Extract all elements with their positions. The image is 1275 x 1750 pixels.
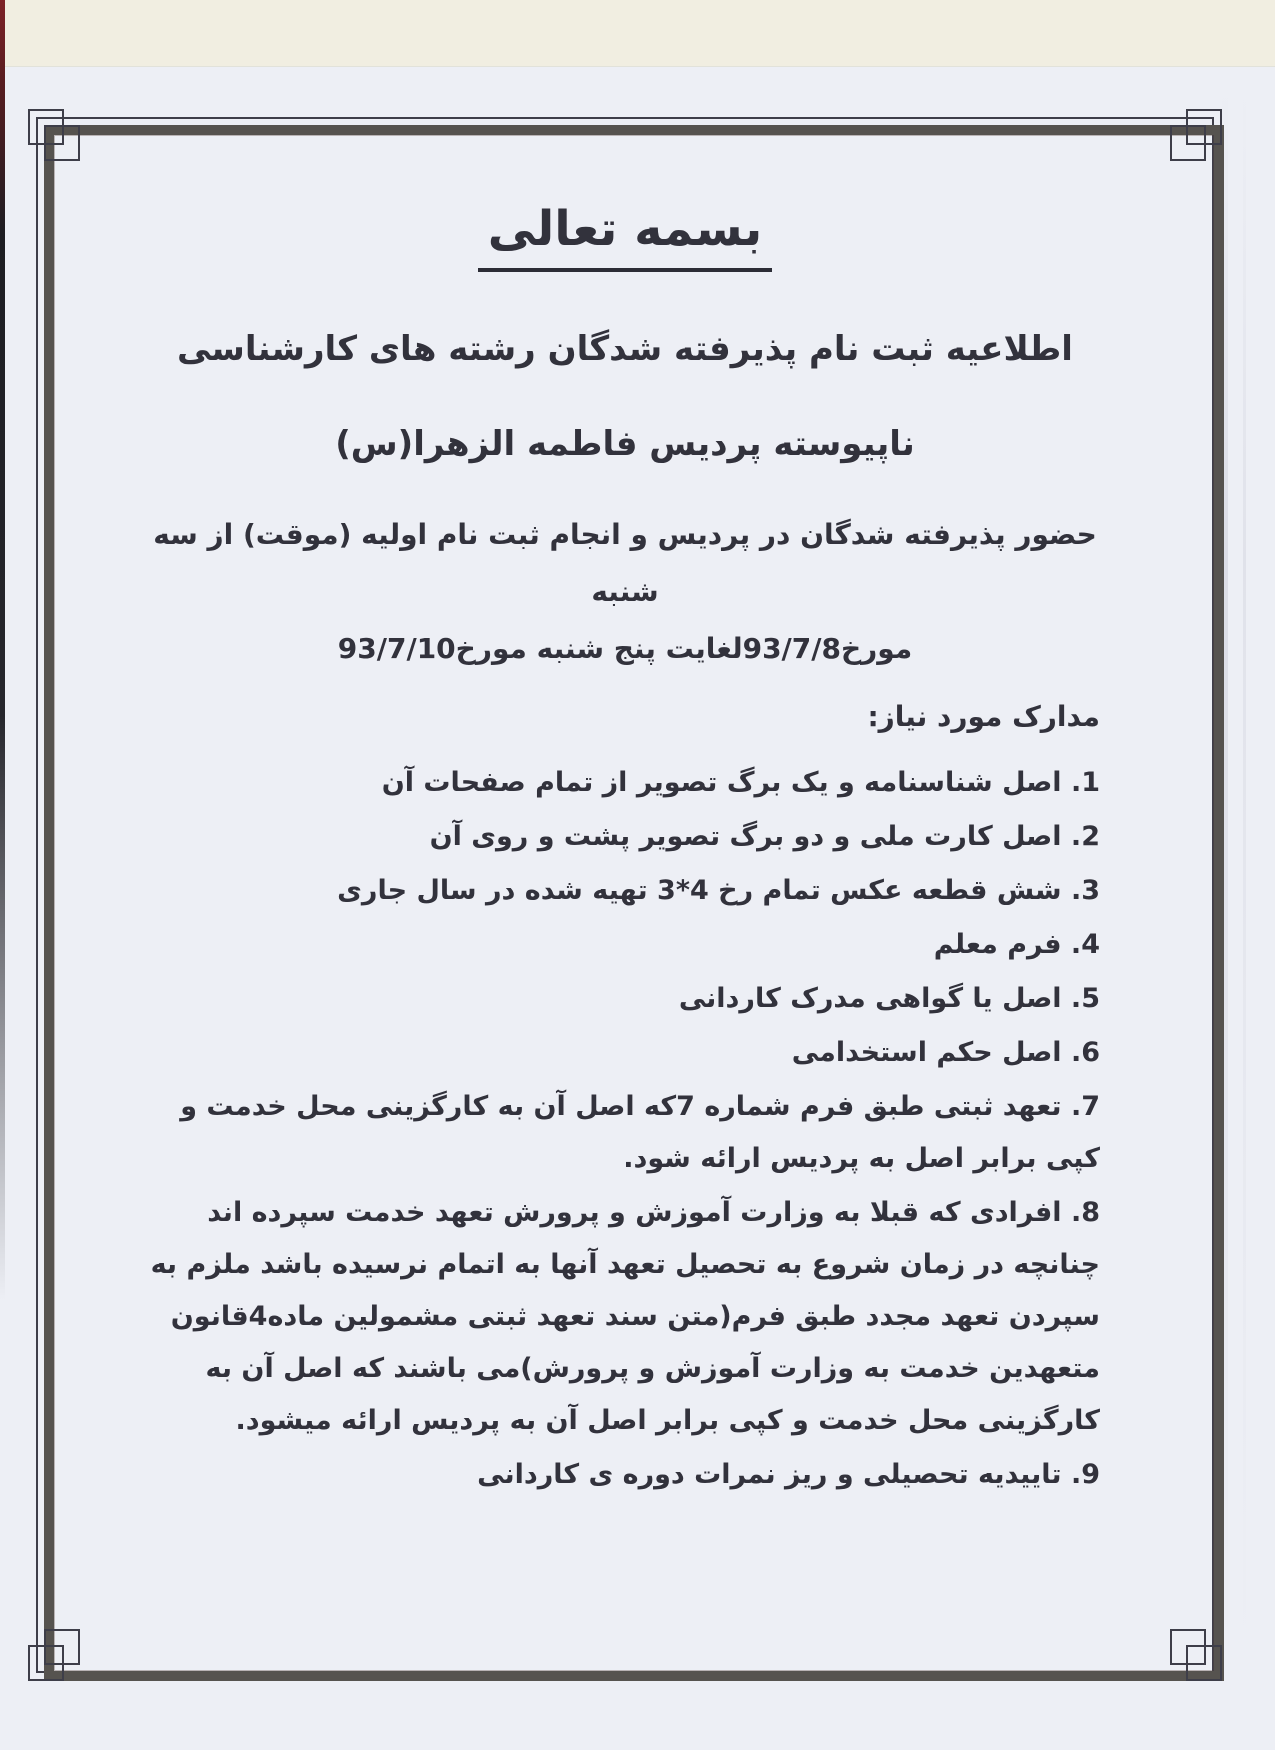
border-corner-ornament — [28, 1645, 64, 1681]
besmele-heading: بسمه تعالی — [478, 200, 773, 272]
border-corner-ornament — [44, 1629, 80, 1665]
list-item: 7. تعهد ثبتی طبق فرم شماره 7که اصل آن به… — [150, 1081, 1100, 1185]
required-documents-heading: مدارک مورد نیاز: — [150, 691, 1100, 743]
border-corner-ornament — [1170, 1629, 1206, 1665]
border-corner-ornament — [1186, 109, 1222, 145]
list-item: 1. اصل شناسنامه و یک برگ تصویر از تمام ص… — [150, 757, 1100, 809]
list-item: 5. اصل یا گواهی مدرک کاردانی — [150, 973, 1100, 1025]
besmele-heading-wrap: بسمه تعالی — [150, 200, 1100, 272]
border-corner-ornament — [1170, 125, 1206, 161]
attendance-dates-paragraph: حضور پذیرفته شدگان در پردیس و انجام ثبت … — [150, 506, 1100, 677]
list-item: 4. فرم معلم — [150, 919, 1100, 971]
scan-edge-artifact — [0, 0, 5, 1300]
scan-streak-artifact — [1222, 90, 1228, 1650]
border-corner-ornament — [28, 109, 64, 145]
scanner-background-band — [0, 0, 1275, 67]
attendance-dates-line1: حضور پذیرفته شدگان در پردیس و انجام ثبت … — [153, 518, 1097, 608]
notice-title-line1: اطلاعیه ثبت نام پذیرفته شدگان رشته های ک… — [177, 329, 1073, 369]
document-content: بسمه تعالی اطلاعیه ثبت نام پذیرفته شدگان… — [150, 140, 1100, 1503]
list-item: 9. تاییدیه تحصیلی و ریز نمرات دوره ی کار… — [150, 1449, 1100, 1501]
scan-streak-artifact — [1243, 90, 1246, 1650]
list-item: 8. افرادی که قبلا به وزارت آموزش و پرورش… — [150, 1187, 1100, 1447]
list-item: 6. اصل حکم استخدامی — [150, 1027, 1100, 1079]
border-corner-ornament — [1186, 1645, 1222, 1681]
notice-title: اطلاعیه ثبت نام پذیرفته شدگان رشته های ک… — [150, 302, 1100, 492]
notice-title-line2: ناپیوسته پردیس فاطمه الزهرا(س) — [335, 424, 915, 464]
scanned-document-page: بسمه تعالی اطلاعیه ثبت نام پذیرفته شدگان… — [0, 0, 1275, 1750]
list-item: 2. اصل کارت ملی و دو برگ تصویر پشت و روی… — [150, 811, 1100, 863]
attendance-dates-line2: مورخ93/7/8لغایت پنج شنبه مورخ93/7/10 — [338, 632, 912, 665]
list-item: 3. شش قطعه عکس تمام رخ 4*3 تهیه شده در س… — [150, 865, 1100, 917]
required-documents-list: 1. اصل شناسنامه و یک برگ تصویر از تمام ص… — [150, 757, 1100, 1501]
border-corner-ornament — [44, 125, 80, 161]
